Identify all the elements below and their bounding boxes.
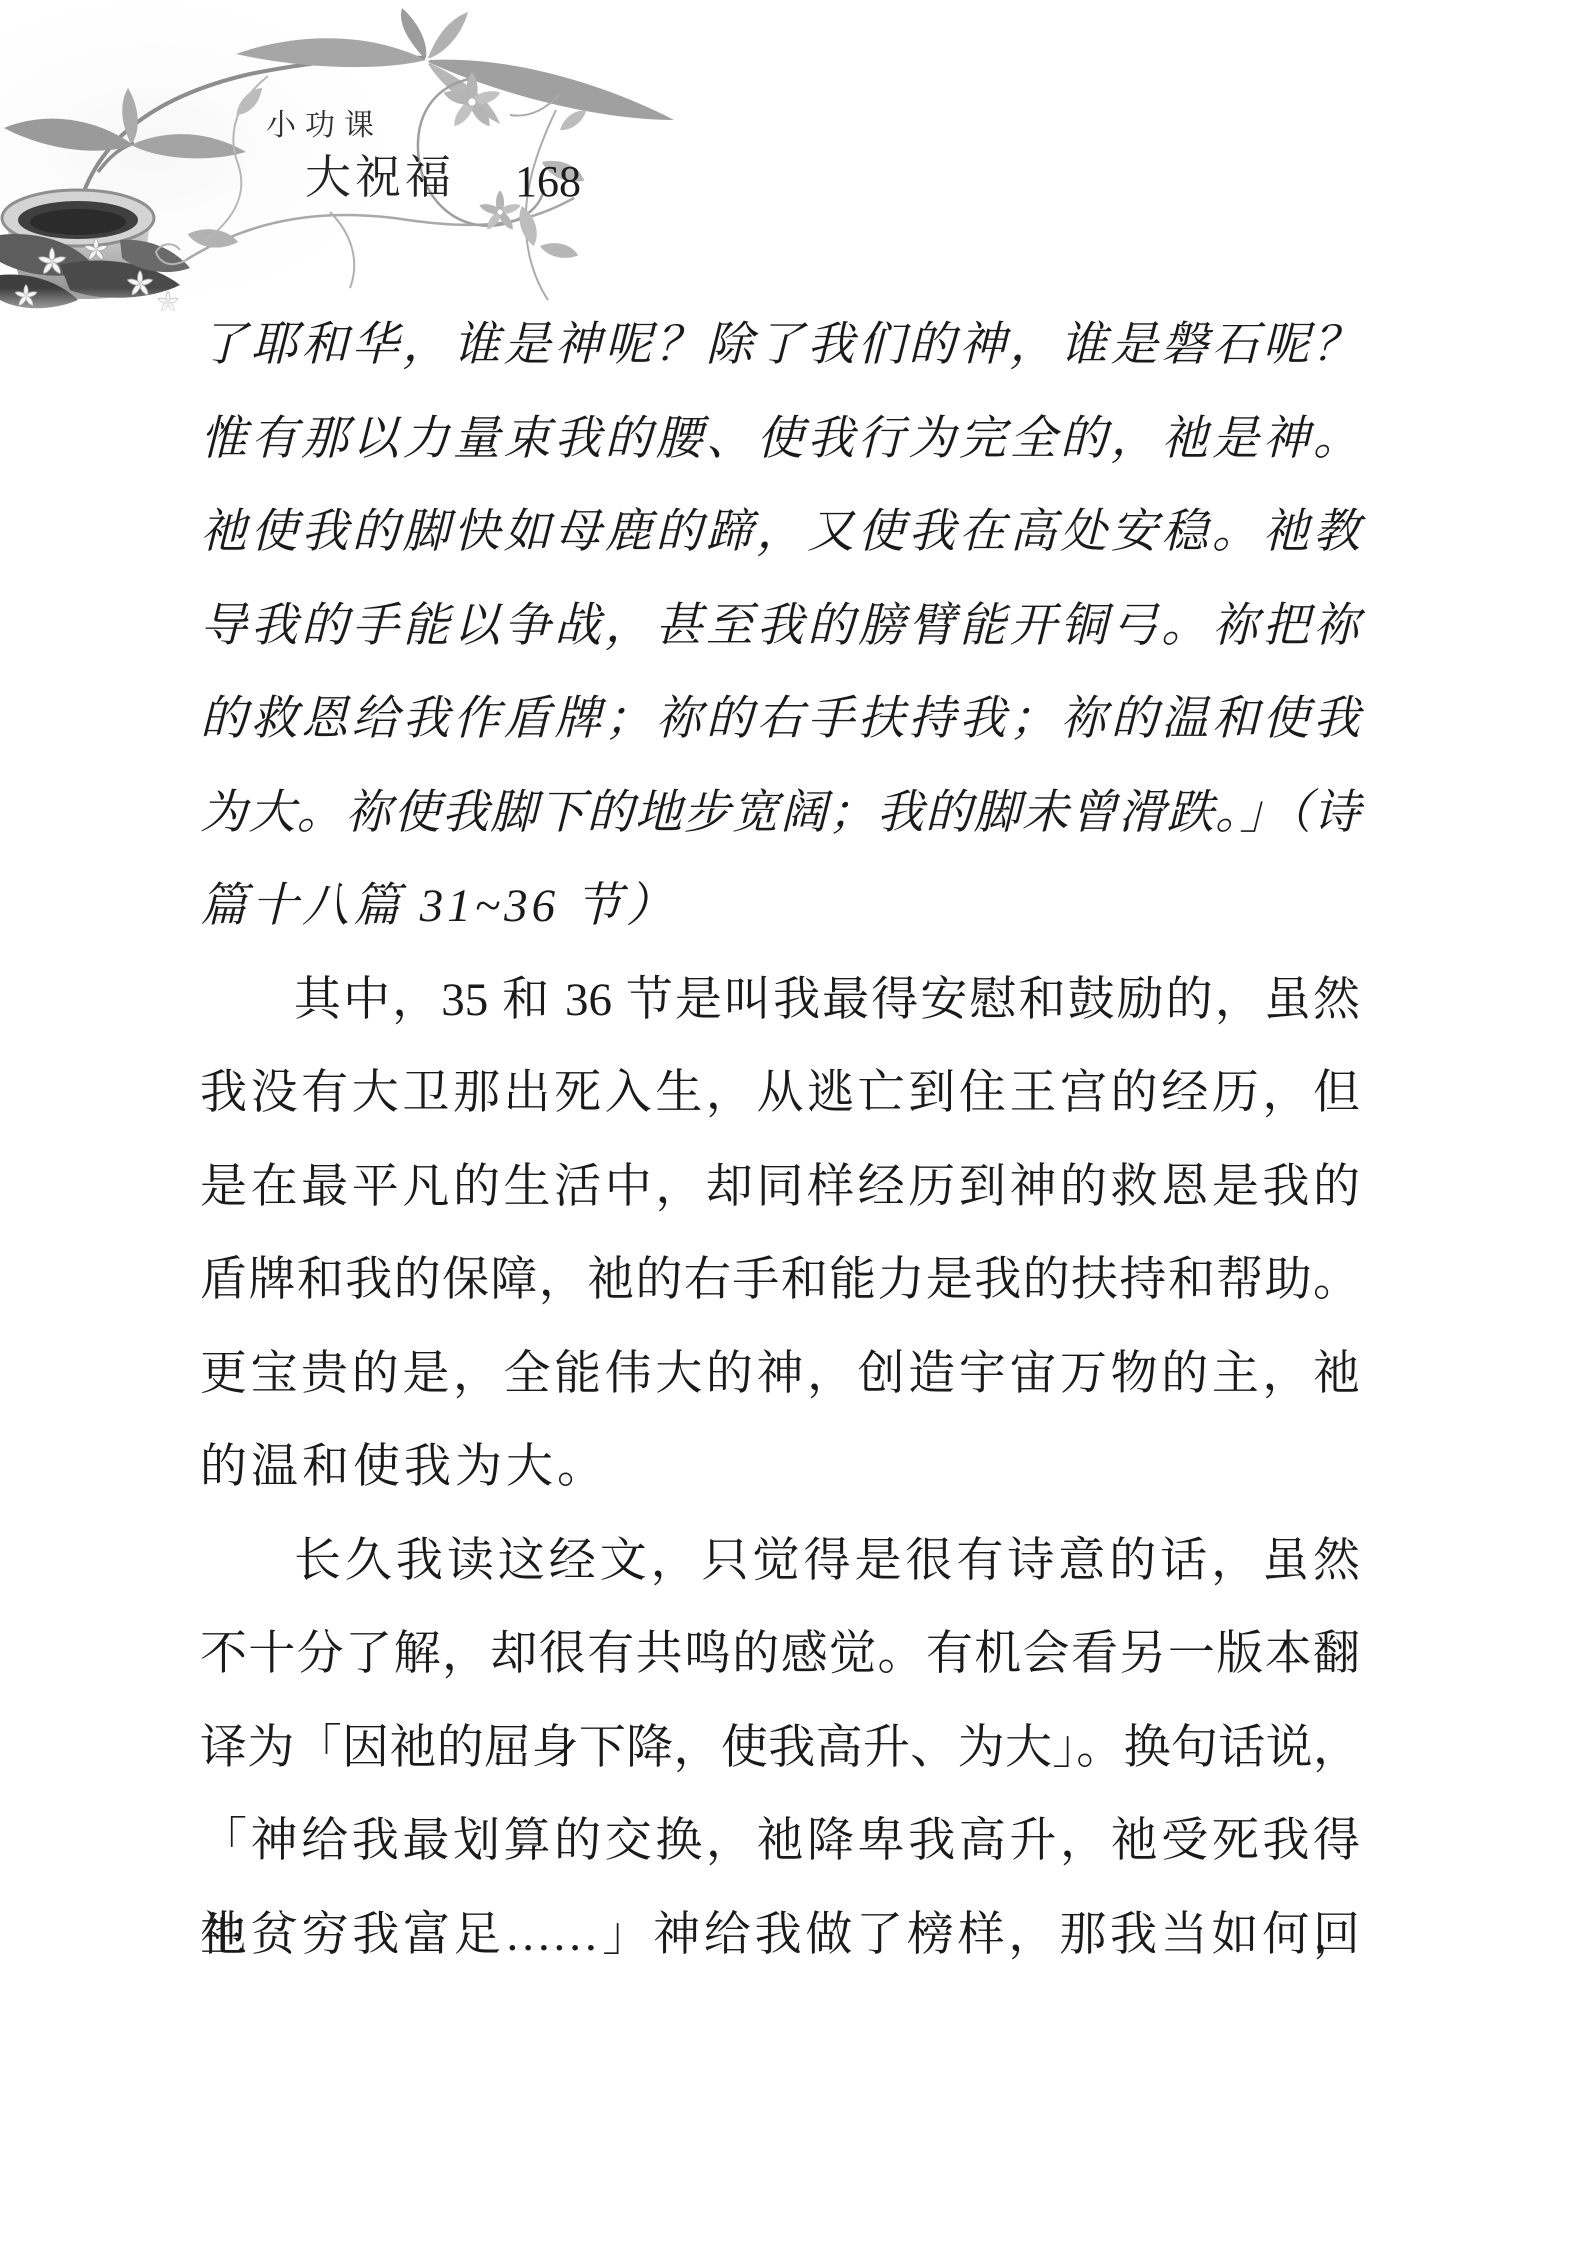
scripture-line: 了耶和华，谁是神呢？除了我们的神，谁是磐石呢？ [200, 299, 1360, 393]
scripture-line: 为大。祢使我脚下的地步宽阔；我的脚未曾滑跌。」（诗 [200, 767, 1360, 861]
book-page: 小功课 大祝福 168 了耶和华，谁是神呢？除了我们的神，谁是磐石呢？ 惟有那以… [0, 0, 1571, 2256]
commentary-line: 祂贫穷我富足……」神给我做了榜样，那我当如何回 [200, 1889, 1360, 1983]
commentary-line: 盾牌和我的保障，祂的右手和能力是我的扶持和帮助。 [200, 1234, 1360, 1328]
page-body: 了耶和华，谁是神呢？除了我们的神，谁是磐石呢？ 惟有那以力量束我的腰、使我行为完… [200, 299, 1360, 1982]
series-title: 小功课 [266, 100, 383, 144]
commentary-line: 「神给我最划算的交换，祂降卑我高升，祂受死我得生， [200, 1795, 1360, 1889]
commentary-line: 的温和使我为大。 [200, 1421, 1360, 1515]
commentary-line: 更宝贵的是，全能伟大的神，创造宇宙万物的主，祂 [200, 1328, 1360, 1422]
page-number: 168 [515, 156, 581, 207]
commentary-line: 我没有大卫那出死入生，从逃亡到住王宫的经历，但 [200, 1047, 1360, 1141]
commentary-line: 其中，35 和 36 节是叫我最得安慰和鼓励的，虽然 [200, 954, 1360, 1048]
scripture-line: 惟有那以力量束我的腰、使我行为完全的，祂是神。 [200, 393, 1360, 487]
commentary-line: 译为「因祂的屈身下降，使我高升、为大」。换句话说， [200, 1702, 1360, 1796]
commentary-line: 是在最平凡的生活中，却同样经历到神的救恩是我的 [200, 1141, 1360, 1235]
scripture-quote: 了耶和华，谁是神呢？除了我们的神，谁是磐石呢？ 惟有那以力量束我的腰、使我行为完… [200, 299, 1360, 954]
commentary: 其中，35 和 36 节是叫我最得安慰和鼓励的，虽然 我没有大卫那出死入生，从逃… [200, 954, 1360, 1983]
scripture-line: 导我的手能以争战，甚至我的膀臂能开铜弓。祢把祢 [200, 580, 1360, 674]
scripture-line: 的救恩给我作盾牌；祢的右手扶持我；祢的温和使我 [200, 673, 1360, 767]
book-title: 大祝福 [305, 141, 455, 207]
commentary-line: 长久我读这经文，只觉得是很有诗意的话，虽然 [200, 1515, 1360, 1609]
scripture-line: 祂使我的脚快如母鹿的蹄，又使我在高处安稳。祂教 [200, 486, 1360, 580]
commentary-line: 不十分了解，却很有共鸣的感觉。有机会看另一版本翻 [200, 1608, 1360, 1702]
scripture-line: 篇十八篇 31~36 节） [200, 860, 1360, 954]
